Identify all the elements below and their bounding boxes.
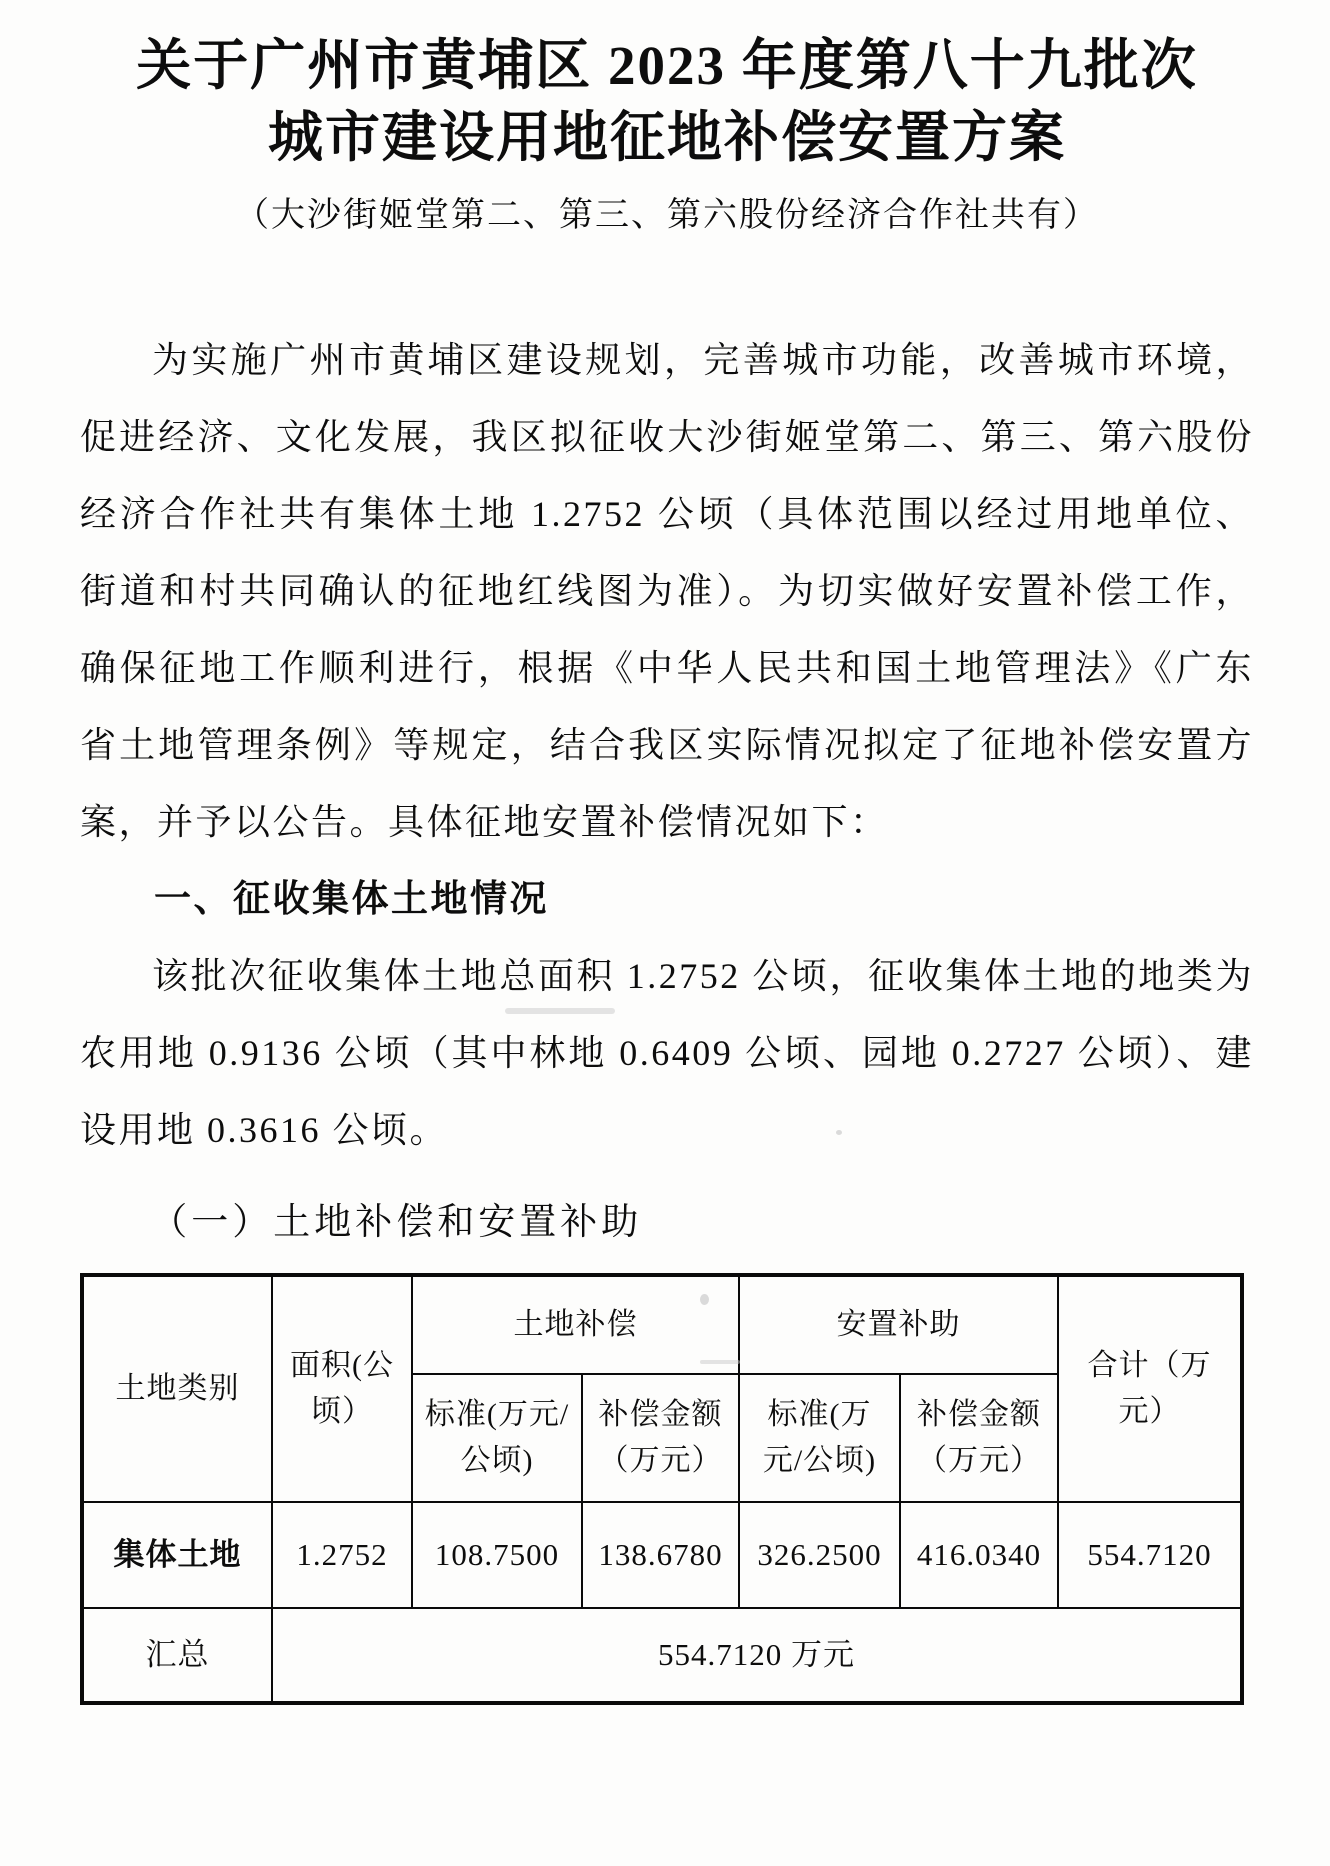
header-group-land-compensation: 土地补偿 — [412, 1275, 739, 1374]
header-land-type: 土地类别 — [82, 1275, 272, 1502]
section-heading-1: 一、征收集体土地情况 — [80, 861, 1254, 938]
scan-artifact — [836, 1130, 842, 1135]
cell-resettle-amount: 416.0340 — [900, 1502, 1058, 1608]
header-land-amount: 补偿金额（万元） — [582, 1374, 739, 1502]
table-row-collective-land: 集体土地 1.2752 108.7500 138.6780 326.2500 4… — [82, 1502, 1242, 1608]
header-land-standard: 标准(万元/公顷) — [412, 1374, 582, 1502]
paragraph-land-area: 该批次征收集体土地总面积 1.2752 公顷，征收集体土地的地类为农用地 0.9… — [80, 938, 1254, 1169]
header-resettle-standard: 标准(万元/公顷) — [739, 1374, 900, 1502]
header-total: 合计（万元） — [1058, 1275, 1242, 1502]
document-body: 为实施广州市黄埔区建设规划，完善城市功能，改善城市环境，促进经济、文化发展，我区… — [80, 322, 1254, 1251]
document-subtitle: （大沙街姬堂第二、第三、第六股份经济合作社共有） — [80, 187, 1254, 236]
subsection-heading-1-1: （一）土地补偿和安置补助 — [80, 1195, 1254, 1251]
scan-artifact — [505, 1008, 615, 1014]
header-group-resettlement-subsidy: 安置补助 — [739, 1275, 1058, 1374]
document-page: 关于广州市黄埔区 2023 年度第八十九批次 城市建设用地征地补偿安置方案 （大… — [0, 0, 1330, 1866]
document-content: 关于广州市黄埔区 2023 年度第八十九批次 城市建设用地征地补偿安置方案 （大… — [0, 0, 1330, 1705]
cell-land-type: 集体土地 — [82, 1502, 272, 1608]
compensation-table-wrapper: 土地类别 面积(公顷） 土地补偿 安置补助 合计（万元） 标准(万元/公顷) 补… — [80, 1273, 1254, 1705]
table-row-summary: 汇总 554.7120 万元 — [82, 1608, 1242, 1703]
paragraph-intro: 为实施广州市黄埔区建设规划，完善城市功能，改善城市环境，促进经济、文化发展，我区… — [80, 322, 1254, 861]
header-area: 面积(公顷） — [272, 1275, 412, 1502]
header-resettle-amount: 补偿金额（万元） — [900, 1374, 1058, 1502]
cell-land-amount: 138.6780 — [582, 1502, 739, 1608]
document-title: 关于广州市黄埔区 2023 年度第八十九批次 城市建设用地征地补偿安置方案 — [80, 30, 1254, 173]
cell-summary-value: 554.7120 万元 — [272, 1608, 1242, 1703]
cell-area: 1.2752 — [272, 1502, 412, 1608]
scan-artifact — [212, 658, 217, 664]
scan-artifact — [700, 1360, 740, 1364]
cell-resettle-standard: 326.2500 — [739, 1502, 900, 1608]
scan-artifact — [700, 1294, 709, 1305]
table-header-row-1: 土地类别 面积(公顷） 土地补偿 安置补助 合计（万元） — [82, 1275, 1242, 1374]
document-title-line1: 关于广州市黄埔区 2023 年度第八十九批次 — [80, 30, 1254, 102]
cell-summary-label: 汇总 — [82, 1608, 272, 1703]
document-title-line2: 城市建设用地征地补偿安置方案 — [80, 102, 1254, 174]
compensation-table: 土地类别 面积(公顷） 土地补偿 安置补助 合计（万元） 标准(万元/公顷) 补… — [80, 1273, 1244, 1705]
cell-total: 554.7120 — [1058, 1502, 1242, 1608]
cell-land-standard: 108.7500 — [412, 1502, 582, 1608]
